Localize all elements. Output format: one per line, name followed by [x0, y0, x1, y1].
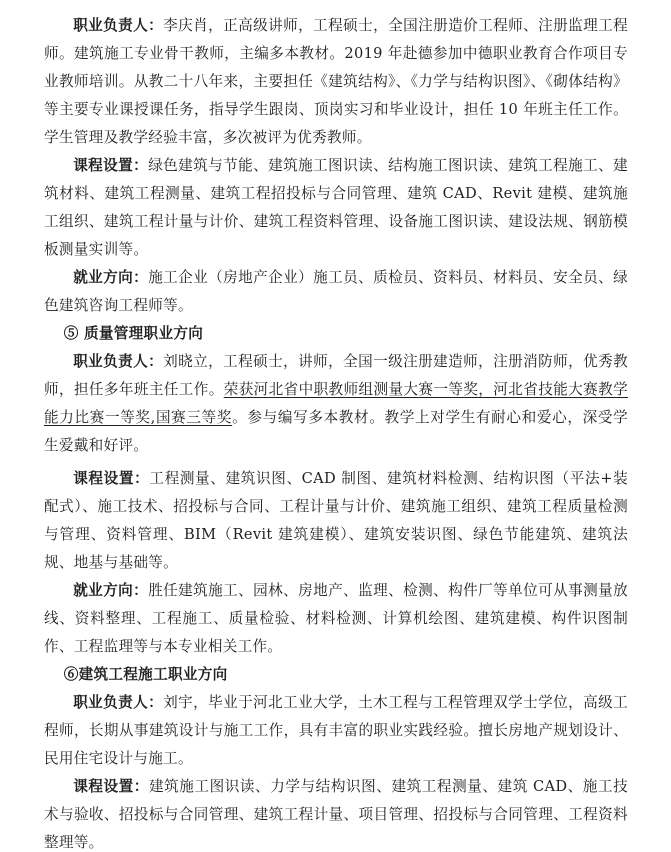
label-employment: 就业方向：	[73, 269, 148, 286]
section-heading-quality-management: ⑤ 质量管理职业方向	[44, 320, 628, 348]
document-page: 职业负责人：李庆肖，正高级讲师，工程硕士，全国注册造价工程师、注册监理工程师。建…	[0, 0, 671, 852]
paragraph-career-lead-5: 职业负责人：刘晓立，工程硕士，讲师，全国一级注册建造师，注册消防师，优秀教师，担…	[44, 348, 628, 460]
label-courses: 课程设置：	[73, 470, 149, 487]
career-lead-text: 李庆肖，正高级讲师，工程硕士，全国注册造价工程师、注册监理工程师。建筑施工专业骨…	[44, 17, 628, 146]
label-career-lead: 职业负责人：	[73, 17, 163, 34]
label-career-lead: 职业负责人：	[73, 694, 163, 711]
paragraph-career-lead-4: 职业负责人：李庆肖，正高级讲师，工程硕士，全国注册造价工程师、注册监理工程师。建…	[44, 12, 628, 152]
section-heading-construction: ⑥建筑工程施工职业方向	[44, 661, 628, 689]
label-employment: 就业方向：	[73, 582, 148, 599]
paragraph-courses-4: 课程设置：绿色建筑与节能、建筑施工图识读、结构施工图识读、建筑工程施工、建筑材料…	[44, 152, 628, 264]
label-courses: 课程设置：	[73, 157, 148, 174]
paragraph-courses-6: 课程设置：建筑施工图识读、力学与结构识图、建筑工程测量、建筑 CAD、施工技术与…	[44, 773, 628, 852]
paragraph-courses-5: 课程设置：工程测量、建筑识图、CAD 制图、建筑材料检测、结构识图（平法+装配式…	[44, 465, 628, 577]
paragraph-career-lead-6: 职业负责人：刘宇，毕业于河北工业大学，土木工程与工程管理双学士学位，高级工程师，…	[44, 689, 628, 773]
paragraph-employment-5: 就业方向：胜任建筑施工、园林、房地产、监理、检测、构件厂等单位可从事测量放线、资…	[44, 577, 628, 661]
paragraph-employment-4: 就业方向：施工企业（房地产企业）施工员、质检员、资料员、材料员、安全员、绿色建筑…	[44, 264, 628, 320]
label-courses: 课程设置：	[73, 778, 149, 795]
label-career-lead: 职业负责人：	[73, 353, 163, 370]
